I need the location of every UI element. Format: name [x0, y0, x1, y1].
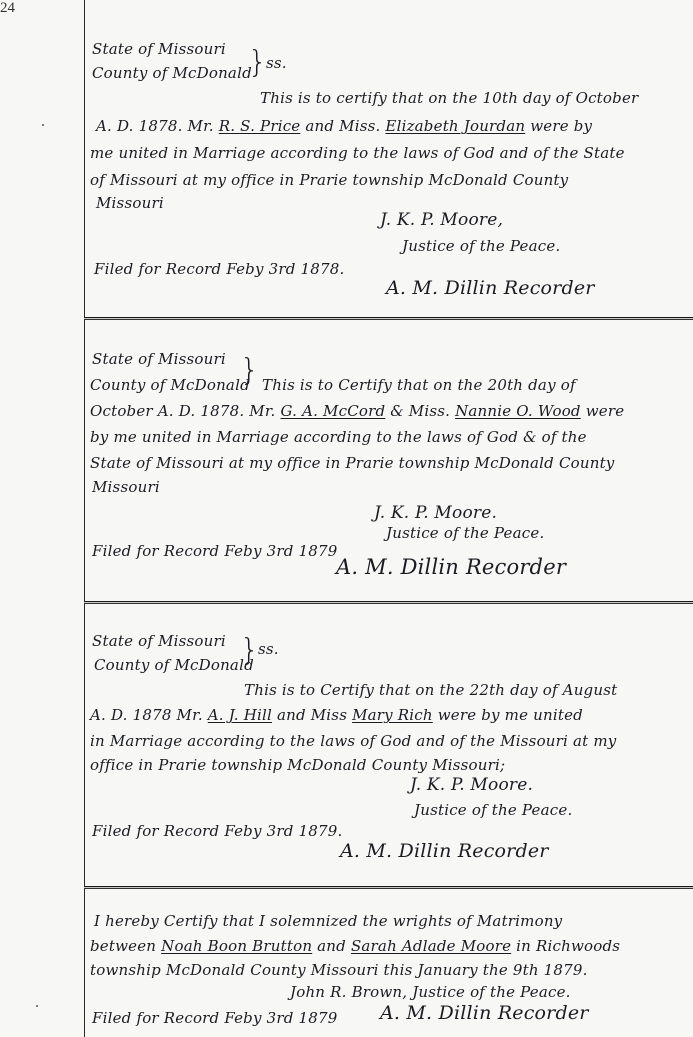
officiant-title: Justice of the Peace.: [414, 797, 572, 824]
groom-name: R. S. Price: [219, 117, 301, 135]
brace: }: [248, 48, 267, 78]
bride-name: Elizabeth Jourdan: [385, 117, 525, 135]
groom-name: G. A. McCord: [281, 402, 386, 420]
body-line: in Marriage according to the laws of God…: [90, 728, 616, 755]
brace: }: [240, 356, 259, 386]
brace: }: [240, 636, 259, 666]
filed-for-record: Filed for Record Feby 3rd 1879.: [92, 818, 342, 845]
marriage-record-4: I hereby Certify that I solemnized the w…: [90, 900, 688, 1037]
bride-name: Sarah Adlade Moore: [351, 937, 511, 955]
officiant-signature: J. K. P. Moore.: [410, 772, 533, 799]
groom-name: A. J. Hill: [208, 706, 272, 724]
officiant-signature: J. K. P. Moore,: [380, 207, 503, 234]
heading-ss: ss.: [258, 636, 279, 663]
body-line: between Noah Boon Brutton and Sarah Adla…: [90, 933, 620, 960]
margin-rule: [84, 0, 85, 1037]
heading-state: State of Missouri: [92, 628, 226, 655]
filed-for-record: Filed for Record Feby 3rd 1879: [92, 538, 337, 565]
heading-county: County of McDonald: [90, 372, 250, 399]
recorder-signature: A. M. Dillin Recorder: [380, 1000, 589, 1027]
groom-name: Noah Boon Brutton: [161, 937, 312, 955]
officiant-title: Justice of the Peace.: [386, 520, 544, 547]
body-line: This is to Certify that on the 22th day …: [244, 677, 617, 704]
recorder-signature: A. M. Dillin Recorder: [336, 554, 566, 581]
body-line: A. D. 1878 Mr. A. J. Hill and Miss Mary …: [90, 702, 583, 729]
body-line: State of Missouri at my office in Prarie…: [90, 450, 614, 477]
ink-speck: [36, 1005, 38, 1007]
bride-name: Mary Rich: [352, 706, 433, 724]
body-line: by me united in Marriage according to th…: [90, 424, 587, 451]
heading-state: State of Missouri: [92, 36, 226, 63]
body-line: October A. D. 1878. Mr. G. A. McCord & M…: [90, 398, 624, 425]
body-line: me united in Marriage according to the l…: [90, 140, 625, 167]
heading-county: County of McDonald: [92, 60, 252, 87]
recorder-signature: A. M. Dillin Recorder: [386, 275, 595, 302]
bride-name: Nannie O. Wood: [455, 402, 581, 420]
ink-speck: [42, 124, 44, 126]
heading-ss: ss.: [266, 50, 287, 77]
page-number: 24: [0, 0, 15, 17]
body-line: This is to certify that on the 10th day …: [260, 85, 638, 112]
filed-for-record: Filed for Record Feby 3rd 1878.: [94, 256, 344, 283]
marriage-record-3: State of Missouri County of McDonald } s…: [90, 622, 688, 882]
officiant-title: Justice of the Peace.: [402, 233, 560, 260]
recorder-signature: A. M. Dillin Recorder: [340, 838, 549, 865]
body-line: Missouri: [96, 190, 164, 217]
heading-state: State of Missouri: [92, 346, 226, 373]
entry-divider: [84, 317, 693, 320]
body-line: A. D. 1878. Mr. R. S. Price and Miss. El…: [96, 113, 592, 140]
body-line: I hereby Certify that I solemnized the w…: [94, 908, 562, 935]
body-line: Missouri: [92, 474, 160, 501]
filed-for-record: Filed for Record Feby 3rd 1879: [92, 1005, 337, 1032]
body-line: This is to Certify that on the 20th day …: [262, 372, 576, 399]
entry-divider: [84, 886, 693, 889]
marriage-record-1: State of Missouri County of McDonald } s…: [90, 30, 688, 315]
marriage-record-2: State of Missouri County of McDonald } T…: [90, 340, 688, 600]
heading-county: County of McDonald: [94, 652, 254, 679]
entry-divider: [84, 601, 693, 604]
